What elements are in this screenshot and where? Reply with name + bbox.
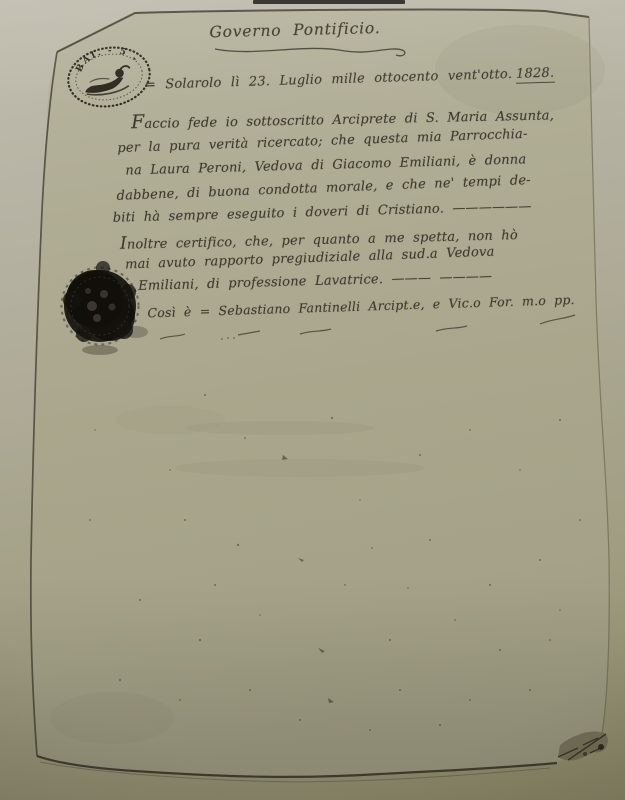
body-line-4: dabbene, di buona condotta morale, e che…	[116, 173, 531, 204]
body-line-5: biti hà sempre eseguito i doveri di Cris…	[113, 199, 532, 226]
page-title: Governo Pontificio.	[209, 19, 381, 41]
signature-line: Così è = Sebastiano Fantinelli Arcipt.e,…	[147, 292, 575, 320]
date-line: = Solarolo lì 23. Luglio mille ottocento…	[145, 66, 555, 93]
date-place-text: = Solarolo lì 23. Luglio mille ottocento…	[145, 67, 513, 93]
manuscript-text: Governo Pontificio. = Solarolo lì 23. Lu…	[0, 0, 625, 800]
photograph-background: BAI. - 5 -	[0, 0, 625, 800]
date-year: 1828.	[516, 66, 555, 84]
body-line-8: Emiliani, di professione Lavatrice. ——— …	[138, 269, 492, 294]
